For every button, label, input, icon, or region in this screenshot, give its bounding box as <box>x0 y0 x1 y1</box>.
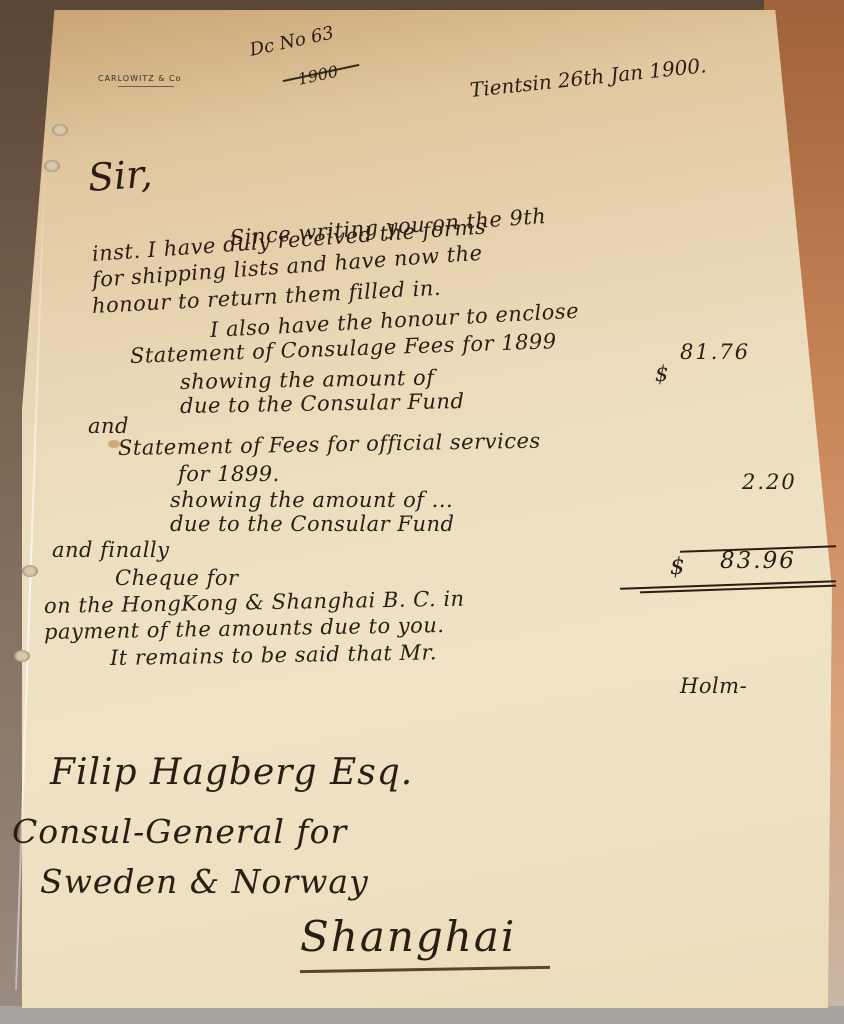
punch-hole <box>52 124 68 136</box>
letterhead: CARLOWITZ & Co <box>98 74 182 83</box>
body-line: for 1899. <box>178 462 280 486</box>
body-line: Cheque for <box>115 566 239 590</box>
background-bottom-surface <box>0 1006 844 1024</box>
body-line: due to the Consular Fund <box>170 512 454 536</box>
punch-hole <box>14 650 30 662</box>
body-line: due to the Consular Fund <box>180 389 465 418</box>
addressee-name: Filip Hagberg Esq. <box>50 752 413 793</box>
punch-hole <box>44 160 60 172</box>
body-line-hyphenated: Holm- <box>680 674 747 698</box>
total-dollar-sign: $ <box>670 554 687 580</box>
amount-consulage-fees: 81.76 <box>680 340 750 364</box>
punch-hole <box>22 565 38 577</box>
dollar-sign: $ <box>655 362 670 386</box>
addressee-city: Shanghai <box>300 912 516 961</box>
body-line: and <box>88 414 129 438</box>
amount-official-services: 2.20 <box>742 470 797 494</box>
addressee-title: Consul-General for <box>12 812 347 851</box>
amount-total: 83.96 <box>720 548 796 574</box>
body-line: and finally <box>52 538 170 562</box>
body-line: showing the amount of ... <box>170 488 453 512</box>
salutation: Sir, <box>86 152 153 200</box>
addressee-countries: Sweden & Norway <box>40 862 369 901</box>
letterhead-underline <box>118 86 174 87</box>
